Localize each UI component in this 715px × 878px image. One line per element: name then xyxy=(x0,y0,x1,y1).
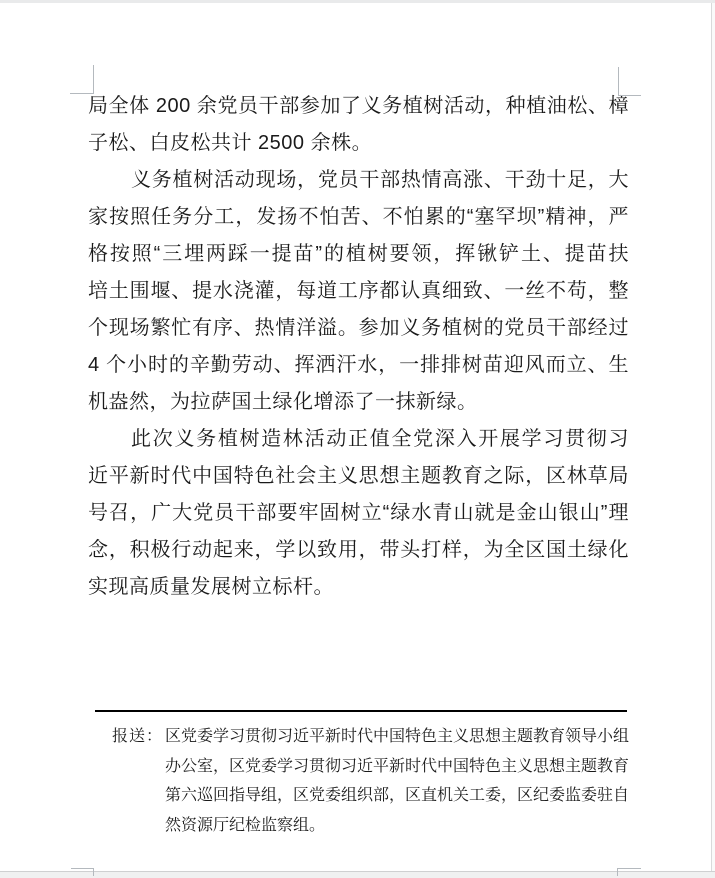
margin-corner-mark-top-left xyxy=(70,65,94,94)
distribution-line: 区党委学习贯彻习近平新时代中国特色主义思想主题教育领导小组 xyxy=(165,722,631,752)
body-line: 念，积极行动起来，学以致用，带头打样，为全区国土绿化 xyxy=(88,532,629,569)
margin-corner-mark-bottom-right xyxy=(617,868,641,876)
body-line: 近平新时代中国特色社会主义思想主题教育之际，区林草局 xyxy=(88,458,629,495)
distribution-line: 办公室，区党委学习贯彻习近平新时代中国特色主义思想主题教育 xyxy=(165,752,631,782)
body-line: 家按照任务分工，发扬不怕苦、不怕累的“塞罕坝”精神，严 xyxy=(88,199,629,236)
body-line: 此次义务植树造林活动正值全党深入开展学习贯彻习 xyxy=(88,421,629,458)
body-line: 机盎然，为拉萨国土绿化增添了一抹新绿。 xyxy=(88,384,629,421)
page-right-edge xyxy=(711,3,712,872)
document-page: 局全体 200 余党员干部参加了义务植树活动，种植油松、樟子松、白皮松共计 25… xyxy=(0,0,715,878)
body-line: 培土围堰、提水浇灌，每道工序都认真细致、一丝不苟，整 xyxy=(88,273,629,310)
body-line: 义务植树活动现场，党员干部热情高涨、干劲十足，大 xyxy=(88,162,629,199)
body-line: 子松、白皮松共计 2500 余株。 xyxy=(88,125,629,162)
body-line: 实现高质量发展树立标杆。 xyxy=(88,569,629,606)
distribution-separator-line xyxy=(95,710,627,712)
body-text[interactable]: 局全体 200 余党员干部参加了义务植树活动，种植油松、樟子松、白皮松共计 25… xyxy=(88,88,629,606)
page-bottom-band xyxy=(0,872,715,878)
body-line: 4 个小时的辛勤劳动、挥洒汗水，一排排树苗迎风而立、生 xyxy=(88,347,629,384)
body-line: 格按照“三埋两踩一提苗”的植树要领，挥锹铲土、提苗扶正、 xyxy=(88,236,629,273)
distribution-label: 报送： xyxy=(112,722,163,752)
body-line: 局全体 200 余党员干部参加了义务植树活动，种植油松、樟 xyxy=(88,88,629,125)
margin-corner-mark-top-right xyxy=(618,67,641,96)
body-line: 个现场繁忙有序、热情洋溢。参加义务植树的党员干部经过 xyxy=(88,310,629,347)
body-line: 号召，广大党员干部要牢固树立“绿水青山就是金山银山”理 xyxy=(88,495,629,532)
distribution-line: 然资源厅纪检监察组。 xyxy=(165,811,631,841)
page-top-edge xyxy=(0,0,715,3)
distribution-line: 第六巡回指导组，区党委组织部，区直机关工委，区纪委监委驻自 xyxy=(165,781,631,811)
margin-corner-mark-bottom-left xyxy=(71,868,94,876)
distribution-list[interactable]: 区党委学习贯彻习近平新时代中国特色主义思想主题教育领导小组办公室，区党委学习贯彻… xyxy=(165,722,631,840)
